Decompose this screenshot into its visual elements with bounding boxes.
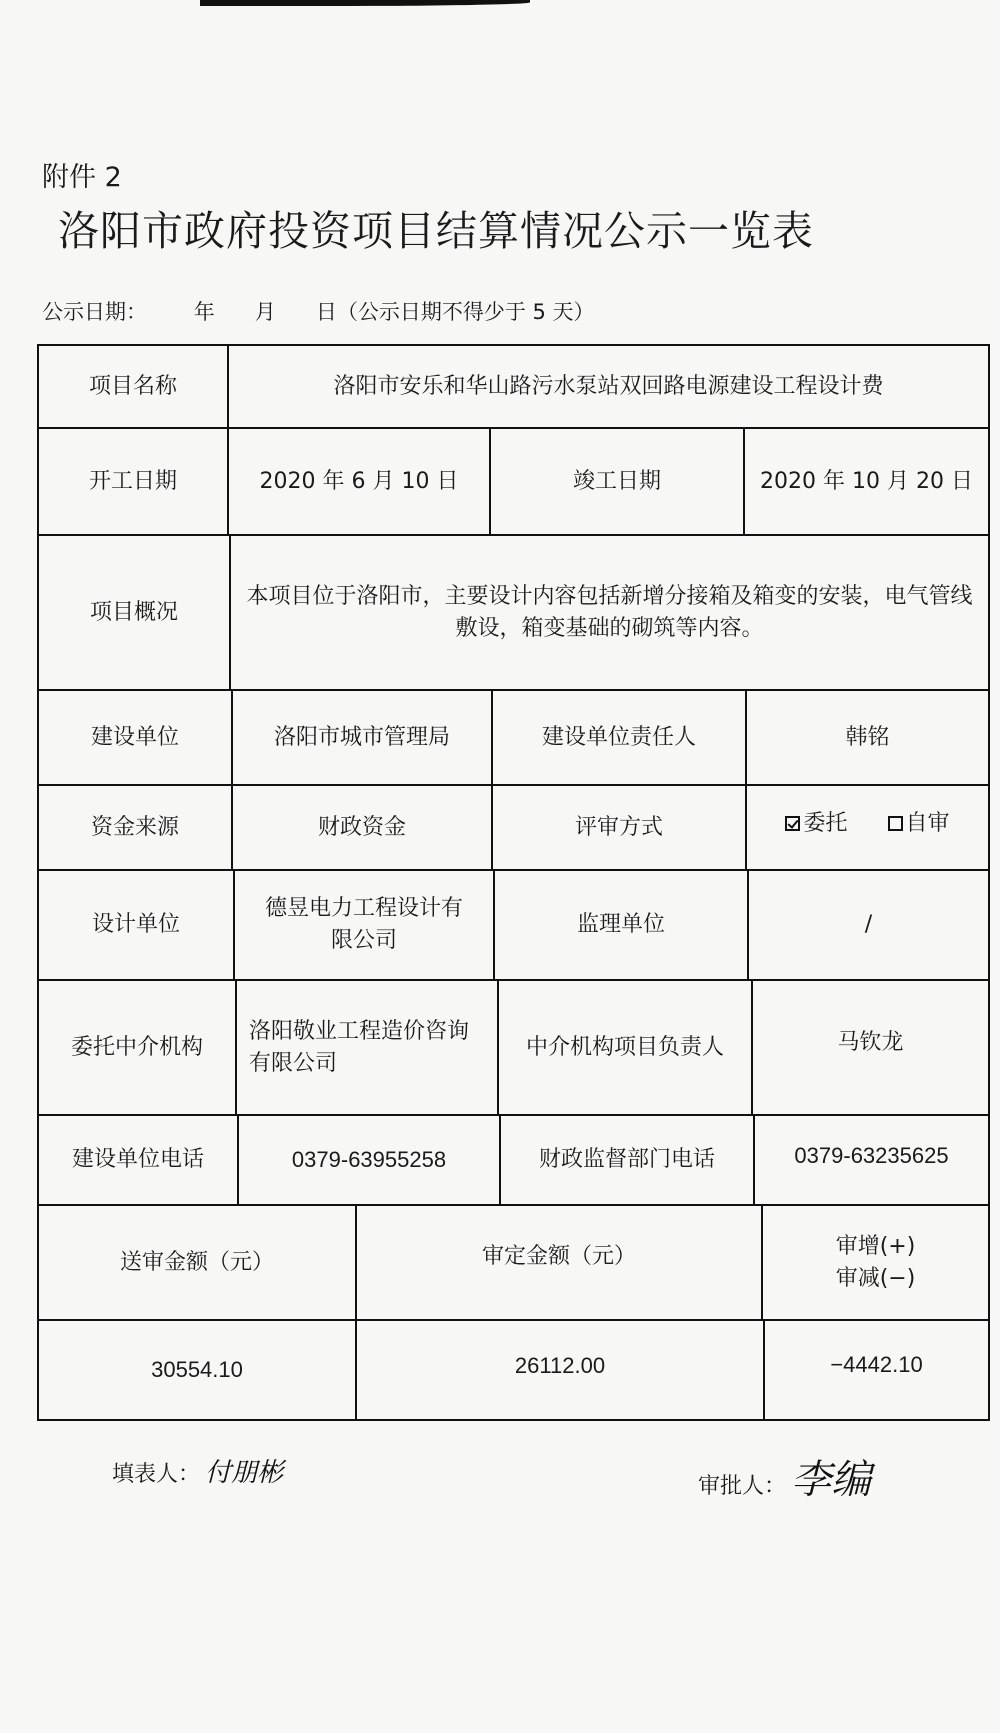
review-method-label-cell: 评审方式 (491, 784, 747, 871)
filler-label: 填表人： (112, 1462, 200, 1487)
agency-person-label: 中介机构项目负责人 (526, 1032, 724, 1064)
design-unit-label-cell: 设计单位 (37, 869, 235, 981)
design-unit-value-cell: 德昱电力工程设计有限公司 (233, 869, 495, 981)
construction-phone-label-cell: 建设单位电话 (37, 1114, 239, 1206)
publish-date-line: 公示日期： 年 月 日（公示日期不得少于 5 天） (42, 296, 595, 326)
approved-amount-label: 审定金额（元） (482, 1241, 636, 1273)
approver-signature: 李编 (791, 1457, 871, 1503)
design-unit-value: 德昱电力工程设计有限公司 (263, 893, 465, 957)
submitted-amount-value-cell: 30554.10 (37, 1319, 357, 1421)
construction-unit-value: 洛阳市城市管理局 (274, 722, 450, 754)
difference-value-cell: −4442.10 (763, 1319, 990, 1421)
difference-label-cell: 审增(+) 审减(−) (761, 1204, 990, 1321)
funding-label-cell: 资金来源 (37, 784, 233, 871)
difference-label-increase: 审增(+) (836, 1231, 916, 1263)
overview-value-cell: 本项目位于洛阳市，主要设计内容包括新增分接箱及箱变的安装，电气管线敷设，箱变基础… (229, 534, 990, 691)
funding-value: 财政资金 (318, 812, 406, 844)
review-option-self-label: 自审 (906, 811, 950, 836)
finance-phone-label-cell: 财政监督部门电话 (499, 1114, 755, 1206)
submitted-amount-value: 30554.10 (151, 1354, 243, 1386)
review-option-self[interactable]: 自审 (888, 811, 950, 836)
project-name-value-cell: 洛阳市安乐和华山路污水泵站双回路电源建设工程设计费 (227, 344, 990, 429)
difference-label-decrease: 审减(−) (836, 1263, 916, 1295)
supervision-label-cell: 监理单位 (493, 869, 749, 981)
construction-phone-value: 0379-63955258 (292, 1144, 446, 1176)
design-unit-label: 设计单位 (92, 909, 180, 941)
agency-label: 委托中介机构 (71, 1032, 203, 1064)
supervision-value-cell: / (747, 869, 990, 981)
end-date-label-cell: 竣工日期 (489, 427, 745, 536)
funding-value-cell: 财政资金 (231, 784, 493, 871)
construction-phone-value-cell: 0379-63955258 (237, 1114, 501, 1206)
start-date-label: 开工日期 (89, 466, 177, 498)
attachment-label: 附件 2 (42, 155, 122, 194)
approver-label: 审批人： (698, 1474, 786, 1499)
construction-unit-label: 建设单位 (91, 722, 179, 754)
page-title: 洛阳市政府投资项目结算情况公示一览表 (58, 198, 814, 257)
approved-amount-value-cell: 26112.00 (355, 1319, 765, 1421)
checkbox-checked-icon[interactable] (785, 816, 800, 831)
construction-phone-label: 建设单位电话 (72, 1144, 204, 1176)
difference-value: −4442.10 (830, 1349, 922, 1381)
end-date-value: 2020 年 10 月 20 日 (760, 466, 973, 498)
checkbox-unchecked-icon[interactable] (888, 816, 903, 831)
overview-label-cell: 项目概况 (37, 534, 231, 691)
overview-label: 项目概况 (90, 597, 178, 629)
review-method-options-cell: 委托 自审 (745, 784, 990, 871)
construction-unit-label-cell: 建设单位 (37, 689, 233, 786)
finance-phone-value-cell: 0379-63235625 (753, 1114, 990, 1206)
settlement-table: 项目名称 洛阳市安乐和华山路污水泵站双回路电源建设工程设计费 开工日期 2020… (38, 345, 990, 1420)
start-date-value-cell: 2020 年 6 月 10 日 (227, 427, 491, 536)
agency-value: 洛阳敬业工程造价咨询有限公司 (249, 1016, 487, 1080)
project-name-label-cell: 项目名称 (37, 344, 229, 429)
construction-person-label-cell: 建设单位责任人 (491, 689, 747, 786)
supervision-label: 监理单位 (577, 909, 665, 941)
filler-signature: 付朋彬 (205, 1458, 283, 1488)
start-date-label-cell: 开工日期 (37, 427, 229, 536)
project-name-label: 项目名称 (89, 371, 177, 403)
project-name-value: 洛阳市安乐和华山路污水泵站双回路电源建设工程设计费 (333, 371, 883, 403)
photo-edge-shadow (200, 0, 530, 6)
funding-label: 资金来源 (91, 812, 179, 844)
agency-value-cell: 洛阳敬业工程造价咨询有限公司 (235, 979, 499, 1116)
finance-phone-label: 财政监督部门电话 (539, 1144, 715, 1176)
agency-label-cell: 委托中介机构 (37, 979, 237, 1116)
agency-person-value-cell: 马钦龙 (751, 979, 990, 1116)
start-date-value: 2020 年 6 月 10 日 (260, 466, 459, 498)
supervision-value: / (865, 909, 872, 941)
construction-unit-value-cell: 洛阳市城市管理局 (231, 689, 493, 786)
review-option-entrusted-label: 委托 (803, 811, 847, 836)
submitted-amount-label: 送审金额（元） (120, 1247, 274, 1279)
construction-person-label: 建设单位责任人 (542, 722, 696, 754)
agency-person-value: 马钦龙 (837, 1027, 903, 1059)
end-date-value-cell: 2020 年 10 月 20 日 (743, 427, 990, 536)
overview-value: 本项目位于洛阳市，主要设计内容包括新增分接箱及箱变的安装，电气管线敷设，箱变基础… (245, 581, 974, 645)
agency-person-label-cell: 中介机构项目负责人 (497, 979, 753, 1116)
filler-section: 填表人： 付朋彬 (112, 1452, 283, 1489)
approved-amount-value: 26112.00 (515, 1350, 605, 1382)
finance-phone-value: 0379-63235625 (794, 1140, 948, 1172)
review-option-entrusted[interactable]: 委托 (785, 811, 854, 836)
construction-person-value: 韩铭 (845, 722, 889, 754)
review-method-label: 评审方式 (575, 812, 663, 844)
end-date-label: 竣工日期 (573, 466, 661, 498)
construction-person-value-cell: 韩铭 (745, 689, 990, 786)
approver-section: 审批人： 李编 (698, 1448, 871, 1505)
approved-amount-label-cell: 审定金额（元） (355, 1204, 763, 1321)
submitted-amount-label-cell: 送审金额（元） (37, 1204, 357, 1321)
